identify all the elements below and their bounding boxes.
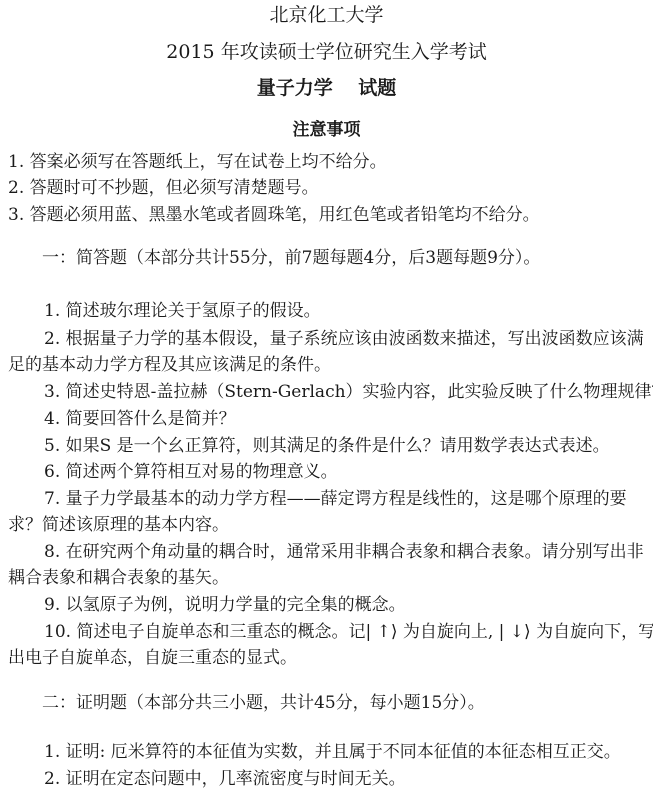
question-6: 6. 简述两个算符相互对易的物理意义。: [44, 461, 338, 483]
question-10-cont: 出电子自旋单态，自旋三重态的显式。: [8, 647, 297, 669]
question-8: 8. 在研究两个角动量的耦合时，通常采用非耦合表象和耦合表象。请分别写出非: [44, 541, 644, 563]
notice-item: 1. 答案必须写在答题纸上，写在试卷上均不给分。: [8, 151, 387, 173]
question-2: 2. 根据量子力学的基本假设，量子系统应该由波函数来描述，写出波函数应该满: [44, 328, 644, 350]
section-heading: 二：证明题（本部分共三小题，共计45分，每小题15分）。: [42, 692, 485, 714]
university-name: 北京化工大学: [0, 4, 653, 26]
proof-question-1: 1. 证明: 厄米算符的本征值为实数，并且属于不同本征值的本征态相互正交。: [44, 741, 621, 763]
notice-item: 2. 答题时可不抄题，但必须写清楚题号。: [8, 177, 319, 199]
proof-question-2: 2. 证明在定态问题中，几率流密度与时间无关。: [44, 768, 406, 790]
question-9: 9. 以氢原子为例，说明力学量的完全集的概念。: [44, 594, 406, 616]
question-4: 4. 简要回答什么是简并？: [44, 408, 236, 430]
notice-heading: 注意事项: [0, 119, 653, 141]
notice-item: 3. 答题必须用蓝、黑墨水笔或者圆珠笔，用红色笔或者铅笔均不给分。: [8, 204, 540, 226]
question-7-cont: 求？简述该原理的基本内容。: [8, 514, 229, 536]
exam-title: 2015 年攻读硕士学位研究生入学考试: [0, 41, 653, 63]
question-8-cont: 耦合表象和耦合表象的基矢。: [8, 567, 229, 589]
question-2-cont: 足的基本动力学方程及其应该满足的条件。: [8, 354, 331, 376]
subject-title: 量子力学 试题: [0, 77, 653, 99]
section-heading: 一：简答题（本部分共计55分，前7题每题4分，后3题每题9分）。: [42, 247, 540, 269]
question-3: 3. 简述史特恩-盖拉赫（Stern-Gerlach）实验内容，此实验反映了什么…: [44, 381, 653, 403]
question-7: 7. 量子力学最基本的动力学方程——薛定谔方程是线性的，这是哪个原理的要: [44, 488, 627, 510]
question-10: 10. 简述电子自旋单态和三重态的概念。记| ↑⟩ 为自旋向上, | ↓⟩ 为自…: [44, 621, 653, 643]
question-5: 5. 如果S 是一个幺正算符，则其满足的条件是什么？请用数学表达式表述。: [44, 435, 610, 457]
question-1: 1. 简述玻尔理论关于氢原子的假设。: [44, 300, 321, 322]
